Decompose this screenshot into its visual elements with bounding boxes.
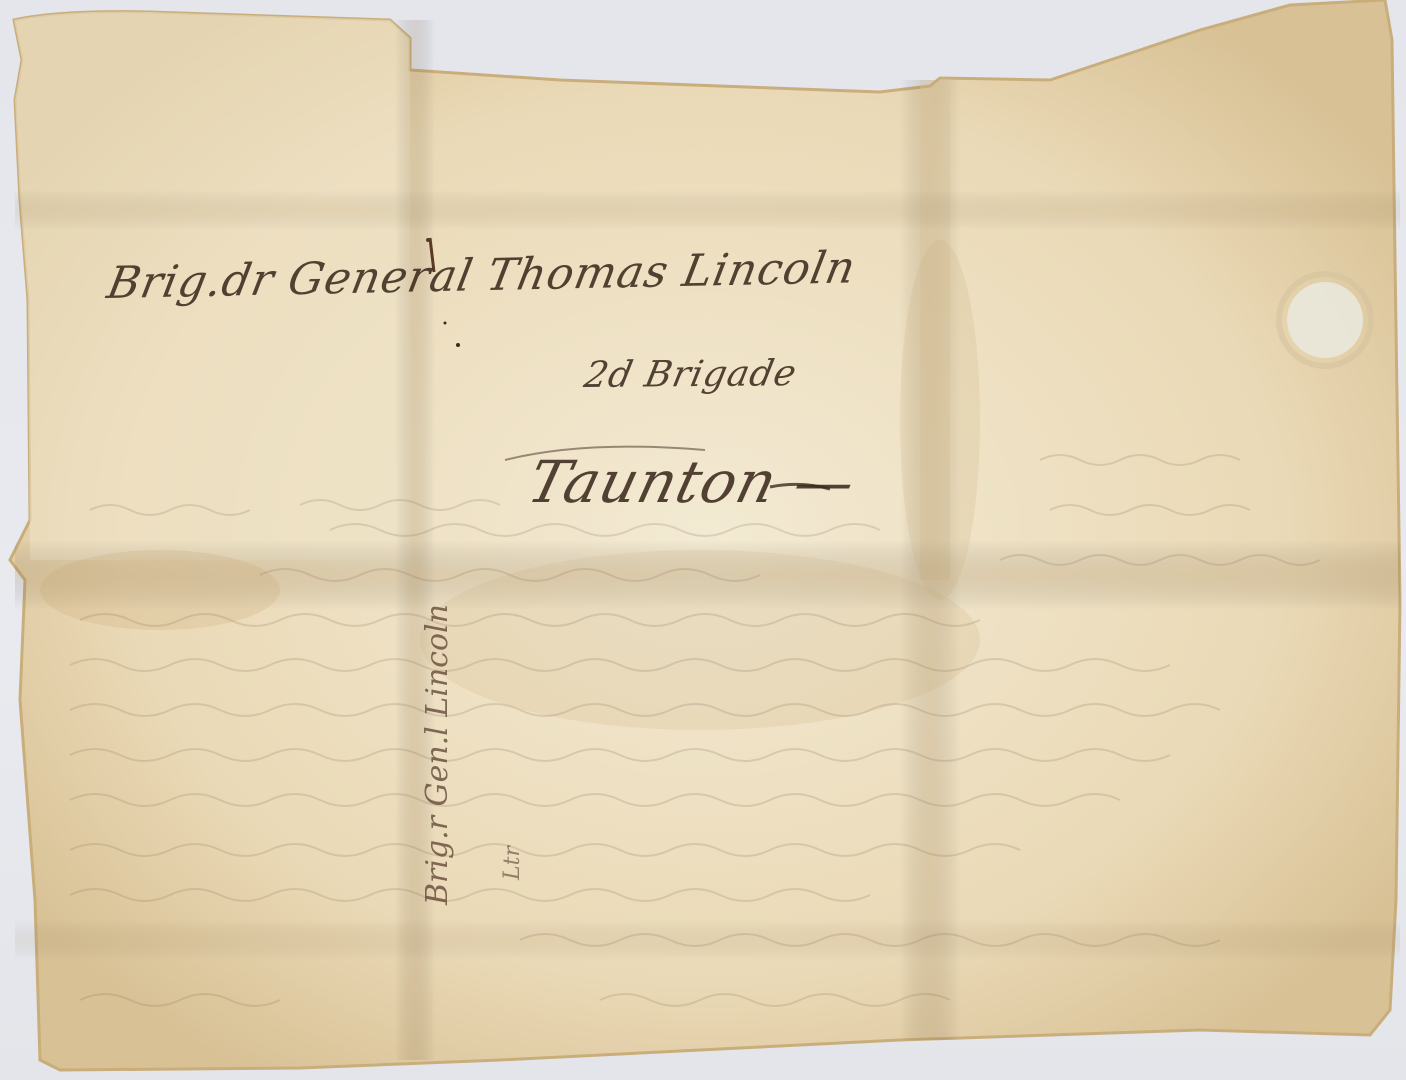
address-unit: 2d Brigade <box>581 353 801 396</box>
docket-note-secondary: Ltr <box>500 846 525 880</box>
address-town: Taunton — <box>522 448 863 516</box>
letter-paper: Brig.dr General Thomas Lincoln 2d Brigad… <box>0 0 1406 1080</box>
docket-note: Brig.r Gen.l Lincoln <box>420 604 455 905</box>
wax-seal-remnant <box>1287 282 1363 358</box>
paper-shape <box>0 0 1406 1080</box>
